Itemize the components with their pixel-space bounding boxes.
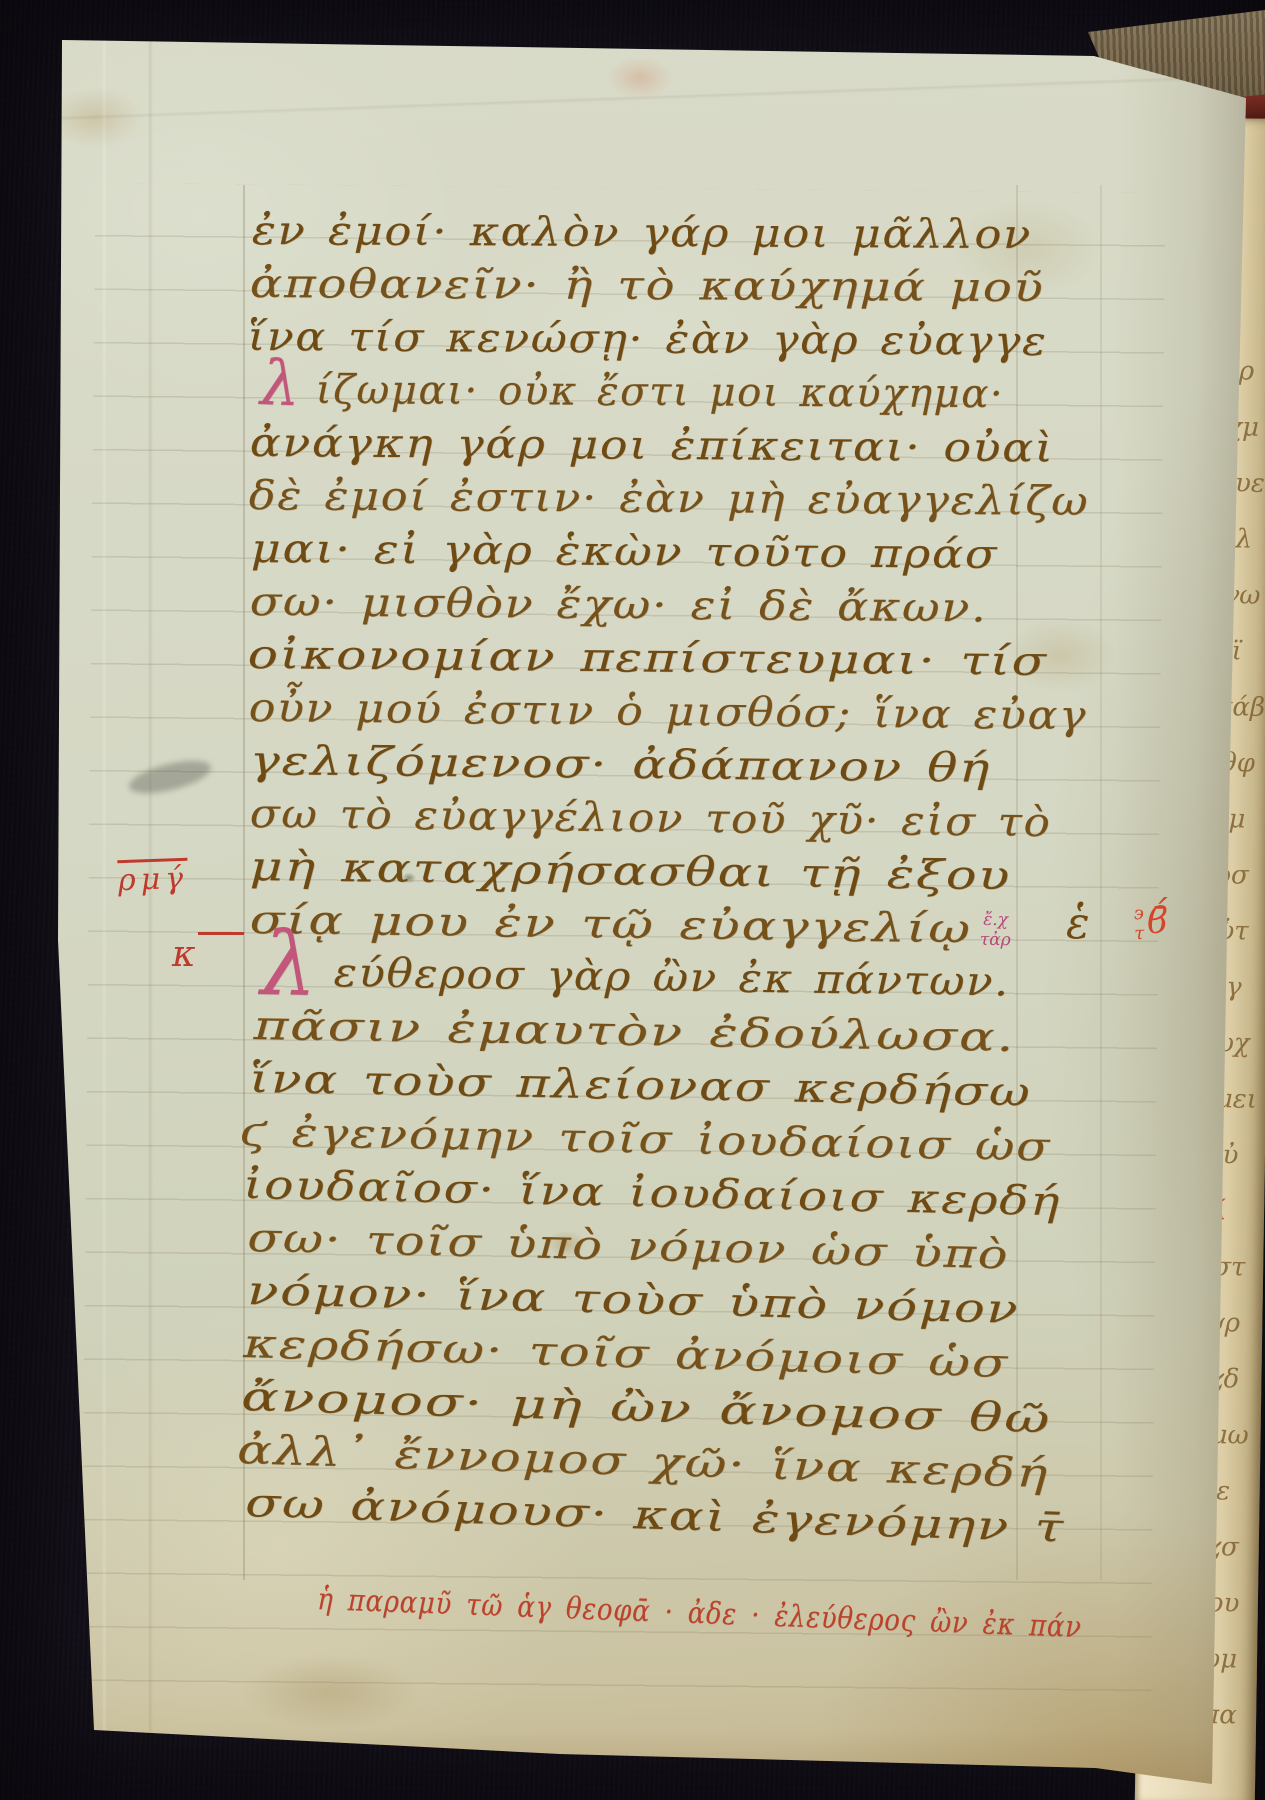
- text-line: οἰκονομίαν πεπίστευμαι· τίσ: [248, 632, 1048, 685]
- text-line: ἄνομοσ· μὴ ὢν ἄνομοσ θῶ: [241, 1374, 1052, 1443]
- lection-note-magenta: ἔ.χ τἀρ: [980, 910, 1012, 951]
- parchment-page: ἐν ἐμοί· καλὸν γάρ μοι μᾶλλονἀποθανεῖν· …: [0, 0, 1265, 1800]
- rubricated-initial-lambda-2: λ: [260, 912, 318, 1016]
- text-line: δὲ ἐμοί ἐστιν· ἐὰν μὴ εὐαγγελίζω: [249, 473, 1090, 525]
- text-line: μὴ καταχρήσασθαι τῇ ἐξου: [249, 844, 1011, 899]
- text-line: σω· τοῖσ ὑπὸ νόμον ὡσ ὑπὸ: [247, 1215, 1010, 1278]
- lection-note-ink: ἑ: [1066, 898, 1090, 949]
- justification-rule-outer: [1100, 185, 1102, 1580]
- text-line: σίᾳ μου ἐν τῷ εὐαγγελίῳ: [249, 897, 972, 952]
- smudge-mark: [126, 754, 214, 800]
- manuscript-photograph: ϛγρχμαυεϐλγωμϊτάβθφϗμὁσὑτλγωχμειοὐλ́στψρ…: [0, 0, 1265, 1800]
- text-line: ίζωμαι· οὐκ ἔστι μοι καύχημα·: [316, 367, 1005, 417]
- text-line: ἀποθανεῖν· ἢ τὸ καύχημά μοῦ: [250, 261, 1045, 311]
- text-line: ἵνα τίσ κενώσῃ· ἐὰν γὰρ εὐαγγε: [248, 314, 1048, 365]
- text-line: ἰουδαῖοσ· ἵνα ἰουδαίοισ κερδή: [243, 1162, 1062, 1225]
- margin-lection-number: κ: [172, 934, 196, 975]
- margin-section-number: ρμγ́: [117, 861, 188, 898]
- text-line: σω ἀνόμουσ· καὶ ἐγενόμην τ̄: [245, 1480, 1066, 1552]
- text-line: μαι· εἰ γὰρ ἑκὼν τοῦτο πράσ: [251, 526, 999, 578]
- text-line: νόμον· ἵνα τοὺσ ὑπὸ νόμον: [247, 1268, 1020, 1333]
- text-line: οὖν μού ἐστιν ὁ μισθόσ; ἵνα εὐαγ: [249, 685, 1088, 739]
- text-line: γελιζόμενοσ· ἀδάπανον θή: [250, 738, 992, 792]
- text-line: ἀνάγκη γάρ μοι ἐπίκειται· οὐαὶ: [250, 420, 1055, 472]
- text-line: πᾶσιν ἐμαυτὸν ἐδούλωσα.: [253, 1003, 1015, 1061]
- justification-rule-left: [243, 185, 245, 1580]
- justification-rule-right: [1016, 185, 1018, 1580]
- rubric-lection-heading: ἡ παραμῦ τῶ ἁγ θεοφᾱ · ἀδε · ἐλεύθερος ὢ…: [317, 1582, 1083, 1645]
- text-line: εύθεροσ γὰρ ὢν ἐκ πάντων.: [333, 950, 1010, 1005]
- text-line: ἵνα τοὺσ πλείονασ κερδήσω: [249, 1056, 1032, 1116]
- text-line: σω τὸ εὐαγγέλιον τοῦ χῦ· εἰσ τὸ: [249, 791, 1051, 846]
- text-line: κερδήσω· τοῖσ ἀνόμοισ ὡσ: [243, 1321, 1010, 1387]
- lection-note-red: ϶ τ ϐ̄́: [1134, 904, 1169, 945]
- text-line: σω· μισθὸν ἔχω· εἰ δὲ ἄκων.: [250, 579, 988, 631]
- ruling-lines: [81, 183, 1166, 1723]
- text-line: ἀλλ᾽ ἔννομοσ χῶ· ἵνα κερδή: [237, 1427, 1050, 1497]
- text-line: ἐν ἐμοί· καλὸν γάρ μοι μᾶλλον: [252, 208, 1032, 258]
- abbreviation-bar: [198, 932, 244, 935]
- rubricated-initial-lambda-1: λ: [259, 346, 301, 420]
- text-line: ϛ ἐγενόμην τοῖσ ἰουδαίοισ ὡσ: [239, 1109, 1051, 1171]
